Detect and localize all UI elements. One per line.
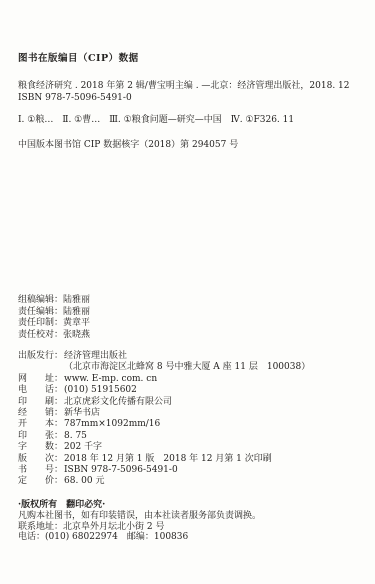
publication-value: 68. 00 元 bbox=[64, 476, 105, 487]
staff-row: 组稿编辑：陆雅丽 bbox=[18, 295, 90, 307]
staff-label: 组稿编辑： bbox=[18, 295, 63, 305]
cip-isbn-line: ISBN 978-7-5096-5491-0 bbox=[18, 92, 363, 104]
staff-value: 陆雅丽 bbox=[63, 307, 90, 317]
notice-block: ·版权所有 翻印必究· 凡购本社图书，如有印装错误，由本社读者服务部负责调换。 … bbox=[18, 500, 365, 543]
publication-row: 电 话：(010) 51915602 bbox=[18, 385, 365, 396]
publication-label: 开 本： bbox=[18, 419, 64, 430]
publication-row: （北京市海淀区北蜂窝 8 号中雅大厦 A 座 11 层 100038） bbox=[18, 362, 365, 373]
cip-heading: 图书在版编目（CIP）数据 bbox=[18, 53, 363, 64]
staff-label: 责任印制： bbox=[18, 318, 63, 328]
publication-label: 印 张： bbox=[18, 431, 64, 442]
publication-value: 202 千字 bbox=[64, 442, 102, 453]
publication-value: 新华书店 bbox=[64, 408, 100, 419]
publication-label: 版 次： bbox=[18, 454, 64, 465]
cip-description-line: 粮食经济研究 . 2018 年第 2 辑/曹宝明主编 . —北京：经济管理出版社… bbox=[18, 80, 363, 92]
publication-value: 经济管理出版社 bbox=[64, 351, 127, 362]
publication-value: www. E-mp. com. cn bbox=[64, 374, 157, 385]
staff-row: 责任印制：黄章平 bbox=[18, 318, 90, 330]
publication-label: 印 刷： bbox=[18, 397, 64, 408]
publication-row: 字 数：202 千字 bbox=[18, 442, 365, 453]
publication-info-block: 出版发行：经济管理出版社 （北京市海淀区北蜂窝 8 号中雅大厦 A 座 11 层… bbox=[18, 351, 365, 488]
publication-row: 印 张：8. 75 bbox=[18, 431, 365, 442]
publication-row: 经 销：新华书店 bbox=[18, 408, 365, 419]
publication-row: 开 本：787mm×1092mm/16 bbox=[18, 419, 365, 430]
staff-value: 黄章平 bbox=[63, 318, 90, 328]
publication-value: （北京市海淀区北蜂窝 8 号中雅大厦 A 座 11 层 100038） bbox=[64, 362, 310, 373]
cip-block: 图书在版编目（CIP）数据 粮食经济研究 . 2018 年第 2 辑/曹宝明主编… bbox=[18, 53, 363, 151]
publication-row: 网 址：www. E-mp. com. cn bbox=[18, 374, 365, 385]
copyright-page: 图书在版编目（CIP）数据 粮食经济研究 . 2018 年第 2 辑/曹宝明主编… bbox=[0, 0, 375, 584]
staff-row: 责任编辑：陆雅丽 bbox=[18, 307, 90, 319]
publication-row: 定 价：68. 00 元 bbox=[18, 476, 365, 487]
publication-row: 出版发行：经济管理出版社 bbox=[18, 351, 365, 362]
publication-label: 电 话： bbox=[18, 385, 64, 396]
publication-value: ISBN 978-7-5096-5491-0 bbox=[64, 465, 178, 476]
publication-label: 经 销： bbox=[18, 408, 64, 419]
exchange-notice: 凡购本社图书，如有印装错误，由本社读者服务部负责调换。 bbox=[18, 511, 365, 522]
publication-row: 书 号：ISBN 978-7-5096-5491-0 bbox=[18, 465, 365, 476]
publication-label: 网 址： bbox=[18, 374, 64, 385]
staff-row: 责任校对：张晓燕 bbox=[18, 330, 90, 342]
cip-classification-line: Ⅰ. ①粮… Ⅱ. ①曹… Ⅲ. ①粮食问题—研究—中国 Ⅳ. ①F326. 1… bbox=[18, 115, 363, 126]
publication-label: 定 价： bbox=[18, 476, 64, 487]
publication-row: 印 刷：北京虎彩文化传播有限公司 bbox=[18, 397, 365, 408]
staff-label: 责任校对： bbox=[18, 330, 63, 340]
publication-label: 字 数： bbox=[18, 442, 64, 453]
staff-value: 陆雅丽 bbox=[63, 295, 90, 305]
contact-phone: 电话：(010) 68022974 邮编：100836 bbox=[18, 532, 365, 543]
copyright-notice: ·版权所有 翻印必究· bbox=[18, 500, 365, 511]
staff-value: 张晓燕 bbox=[63, 330, 90, 340]
cip-record-number: 中国版本图书馆 CIP 数据核字（2018）第 294057 号 bbox=[18, 140, 363, 151]
publication-label: 书 号： bbox=[18, 465, 64, 476]
publication-value: 北京虎彩文化传播有限公司 bbox=[64, 397, 172, 408]
publication-value: 8. 75 bbox=[64, 431, 87, 442]
staff-credits-block: 组稿编辑：陆雅丽 责任编辑：陆雅丽 责任印制：黄章平 责任校对：张晓燕 bbox=[18, 295, 90, 341]
publication-value: 2018 年 12 月第 1 版 2018 年 12 月第 1 次印刷 bbox=[64, 454, 272, 465]
publication-label: 出版发行： bbox=[18, 351, 64, 362]
staff-label: 责任编辑： bbox=[18, 307, 63, 317]
contact-address: 联系地址：北京阜外月坛北小街 2 号 bbox=[18, 522, 365, 533]
publication-value: 787mm×1092mm/16 bbox=[64, 419, 160, 430]
cip-description: 粮食经济研究 . 2018 年第 2 辑/曹宝明主编 . —北京：经济管理出版社… bbox=[18, 80, 363, 104]
publication-row: 版 次：2018 年 12 月第 1 版 2018 年 12 月第 1 次印刷 bbox=[18, 454, 365, 465]
publication-value: (010) 51915602 bbox=[64, 385, 137, 396]
